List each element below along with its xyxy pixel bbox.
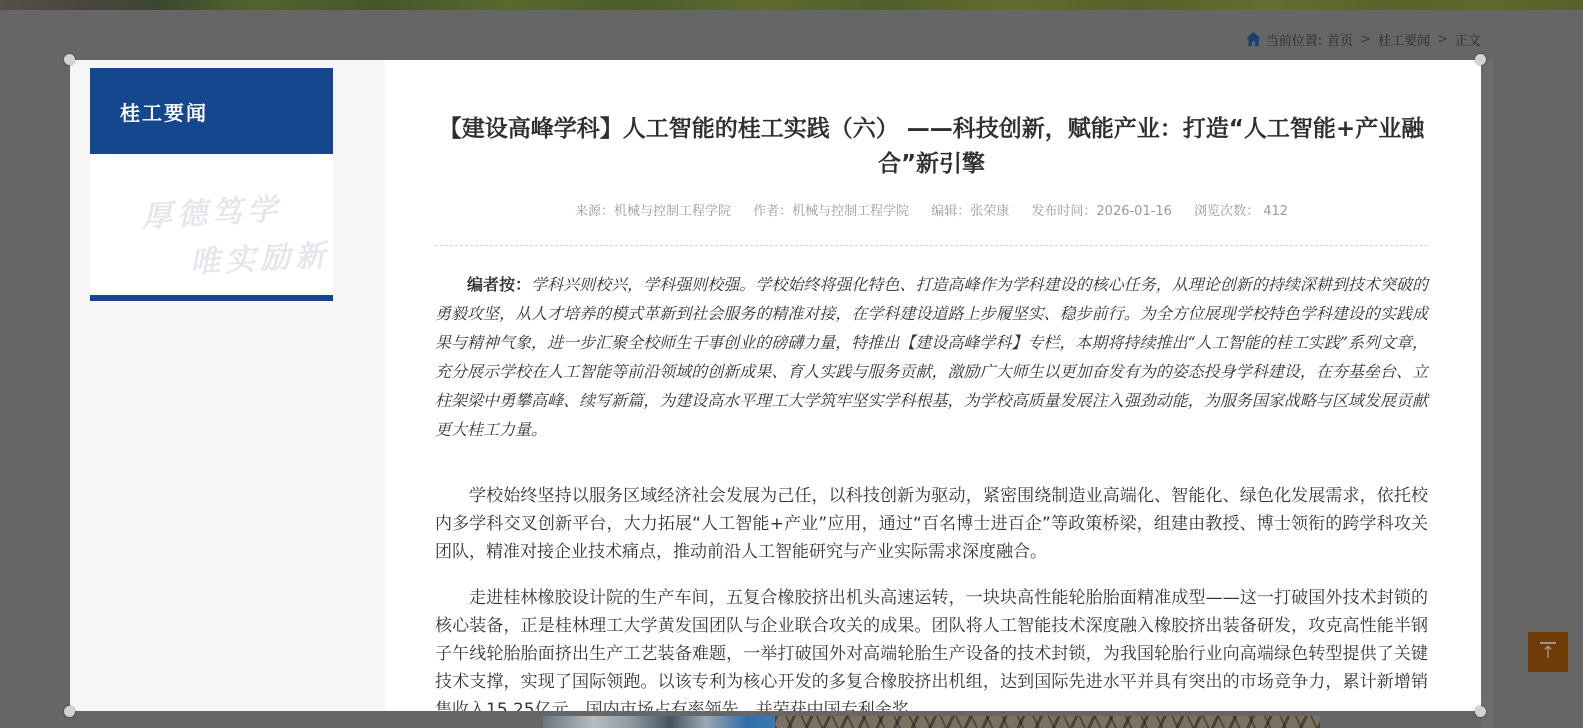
editor-note-text: 学科兴则校兴，学科强则校强。学校始终将强化特色、打造高峰作为学科建设的核心任务，… [435, 275, 1428, 439]
article-title: 【建设高峰学科】人工智能的桂工实践（六） ——科技创新，赋能产业：打造“人工智能… [435, 112, 1428, 182]
machinery-photo-edge [543, 716, 775, 728]
sidebar-title: 桂工要闻 [90, 97, 208, 126]
home-icon[interactable] [1246, 32, 1261, 46]
watermark-line-1: 厚德笃学 [141, 184, 283, 235]
sidebar-header[interactable]: 桂工要闻 [90, 68, 333, 154]
breadcrumb-location-label: 当前位置: [1266, 30, 1322, 49]
steel-lattice-photo-edge [775, 716, 1320, 728]
editor-note-label: 编者按： [467, 275, 531, 294]
content-panel: 桂工要闻 厚德笃学 唯实励新 【建设高峰学科】人工智能的桂工实践（六） ——科技… [70, 60, 1481, 711]
selection-handle-top-right[interactable] [1475, 54, 1486, 65]
article-paragraph: 学校始终坚持以服务区域经济社会发展为己任，以科技创新为驱动，紧密围绕制造业高端化… [435, 482, 1428, 566]
breadcrumb: 当前位置: 首页 > 桂工要闻 > 正文 [1246, 30, 1481, 48]
sidebar-footer-bar [90, 295, 333, 301]
selection-handle-bottom-left[interactable] [64, 706, 75, 717]
editor-note-paragraph: 编者按：学科兴则校兴，学科强则校强。学校始终将强化特色、打造高峰作为学科建设的核… [435, 270, 1428, 444]
article: 【建设高峰学科】人工智能的桂工实践（六） ——科技创新，赋能产业：打造“人工智能… [435, 60, 1428, 711]
breadcrumb-link-home[interactable]: 首页 [1327, 30, 1353, 49]
sidebar-body: 厚德笃学 唯实励新 [90, 154, 333, 295]
sidebar: 桂工要闻 厚德笃学 唯实励新 [70, 60, 385, 711]
screenshot-overlay-page: { "breadcrumb": { "location_label": "当前位… [0, 0, 1583, 728]
page-scrollbar[interactable] [1481, 60, 1494, 728]
breadcrumb-link-news[interactable]: 桂工要闻 [1378, 30, 1430, 49]
meta-editor: 编辑：张荣康 [931, 204, 1009, 219]
selection-handle-bottom-right[interactable] [1475, 706, 1486, 717]
arrow-up-icon: ↑ [1541, 645, 1555, 662]
meta-divider-dashed [435, 245, 1428, 246]
breadcrumb-separator: > [1437, 32, 1448, 47]
campus-banner-image [0, 0, 1583, 10]
article-paragraph: 走进桂林橡胶设计院的生产车间，五复合橡胶挤出机头高速运转，一块块高性能轮胎胎面精… [435, 584, 1428, 711]
article-meta: 来源：机械与控制工程学院 作者：机械与控制工程学院 编辑：张荣康 发布时间：20… [435, 200, 1428, 219]
selection-handle-top-left[interactable] [64, 54, 75, 65]
back-to-top-button[interactable]: ↑ [1528, 632, 1568, 672]
article-photo-strip [543, 716, 1320, 728]
meta-publish-date: 发布时间：2026-01-16 [1031, 204, 1172, 219]
watermark-line-2: 唯实励新 [189, 230, 331, 281]
breadcrumb-current: 正文 [1455, 30, 1481, 49]
meta-source: 来源：机械与控制工程学院 [575, 204, 731, 219]
meta-view-count: 浏览次数： 412 [1194, 204, 1288, 219]
meta-author: 作者：机械与控制工程学院 [753, 204, 909, 219]
breadcrumb-separator: > [1360, 32, 1371, 47]
